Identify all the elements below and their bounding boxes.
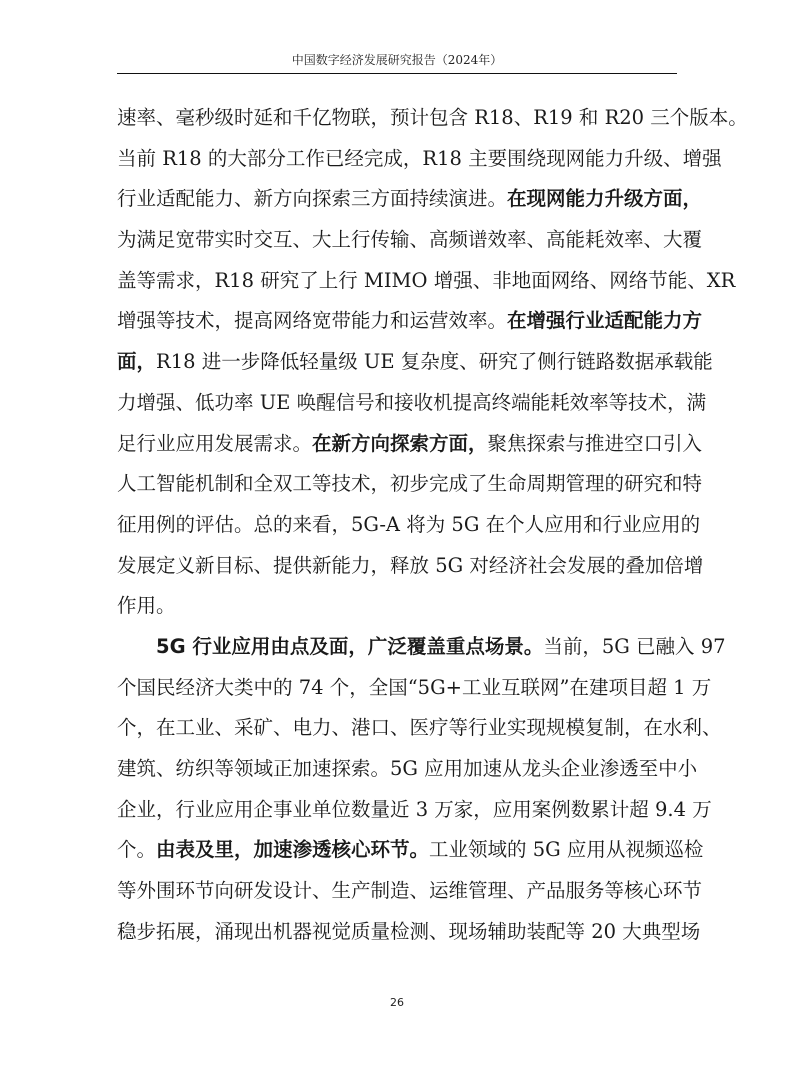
text-segment: 稳步拓展，涌现出机器视觉质量检测、现场辅助装配等 20 大典型场 bbox=[117, 920, 700, 943]
bold-text-segment: 面， bbox=[117, 350, 156, 373]
text-line: 等外围环节向研发设计、生产制造、运维管理、产品服务等核心环节 bbox=[117, 873, 677, 914]
text-segment: 工业领域的 5G 应用从视频巡检 bbox=[429, 838, 703, 861]
text-line: 征用例的评估。总的来看，5G-A 将为 5G 在个人应用和行业应用的 bbox=[117, 507, 677, 548]
text-segment: 力增强、低功率 UE 唤醒信号和接收机提高终端能耗效率等技术，满 bbox=[117, 391, 706, 414]
text-segment: 行业适配能力、新方向探索三方面持续演进。 bbox=[117, 187, 507, 210]
page-number: 26 bbox=[0, 996, 794, 1009]
text-segment: 个，在工业、采矿、电力、港口、医疗等行业实现规模复制，在水利、 bbox=[117, 716, 722, 739]
text-line: 足行业应用发展需求。在新方向探索方面，聚焦探索与推进空口引入 bbox=[117, 426, 677, 467]
text-segment: 征用例的评估。总的来看，5G-A 将为 5G 在个人应用和行业应用的 bbox=[117, 513, 700, 536]
text-line: 当前 R18 的大部分工作已经完成，R18 主要围绕现网能力升级、增强 bbox=[117, 141, 677, 182]
text-segment: 当前 R18 的大部分工作已经完成，R18 主要围绕现网能力升级、增强 bbox=[117, 147, 722, 170]
text-line: 企业，行业应用企事业单位数量近 3 万家，应用案例数累计超 9.4 万 bbox=[117, 792, 677, 833]
text-segment: 个国民经济大类中的 74 个，全国“5G+工业互联网”在建项目超 1 万 bbox=[117, 676, 711, 699]
text-segment: 建筑、纺织等领域正加速探索。5G 应用加速从龙头企业渗透至中小 bbox=[117, 757, 697, 780]
text-line: 力增强、低功率 UE 唤醒信号和接收机提高终端能耗效率等技术，满 bbox=[117, 385, 677, 426]
text-line: 行业适配能力、新方向探索三方面持续演进。在现网能力升级方面， bbox=[117, 181, 677, 222]
text-segment: 速率、毫秒级时延和千亿物联，预计包含 R18、R19 和 R20 三个版本。 bbox=[117, 106, 748, 129]
text-segment: R18 进一步降低轻量级 UE 复杂度、研究了侧行链路数据承载能 bbox=[156, 350, 713, 373]
text-segment: 增强等技术，提高网络宽带能力和运营效率。 bbox=[117, 309, 507, 332]
text-line: 为满足宽带实时交互、大上行传输、高频谱效率、高能耗效率、大覆 bbox=[117, 222, 677, 263]
bold-text-segment: 在新方向探索方面， bbox=[312, 432, 488, 455]
text-line: 增强等技术，提高网络宽带能力和运营效率。在增强行业适配能力方 bbox=[117, 303, 677, 344]
text-segment: 企业，行业应用企事业单位数量近 3 万家，应用案例数累计超 9.4 万 bbox=[117, 798, 712, 821]
text-line: 个，在工业、采矿、电力、港口、医疗等行业实现规模复制，在水利、 bbox=[117, 710, 677, 751]
text-segment: 个。 bbox=[117, 838, 156, 861]
bold-text-segment: 在现网能力升级方面， bbox=[507, 187, 702, 210]
text-segment: 当前，5G 已融入 97 bbox=[543, 635, 725, 658]
bold-text-segment: 在增强行业适配能力方 bbox=[507, 309, 702, 332]
text-line: 稳步拓展，涌现出机器视觉质量检测、现场辅助装配等 20 大典型场 bbox=[117, 914, 677, 955]
text-segment: 盖等需求，R18 研究了上行 MIMO 增强、非地面网络、网络节能、XR bbox=[117, 269, 735, 292]
text-segment: 作用。 bbox=[117, 594, 176, 617]
text-line: 面，R18 进一步降低轻量级 UE 复杂度、研究了侧行链路数据承载能 bbox=[117, 344, 677, 385]
text-line: 作用。 bbox=[117, 588, 677, 629]
text-segment: 等外围环节向研发设计、生产制造、运维管理、产品服务等核心环节 bbox=[117, 879, 702, 902]
bold-text-segment: 由表及里，加速渗透核心环节。 bbox=[156, 838, 429, 861]
text-line: 速率、毫秒级时延和千亿物联，预计包含 R18、R19 和 R20 三个版本。 bbox=[117, 100, 677, 141]
text-line: 5G 行业应用由点及面，广泛覆盖重点场景。当前，5G 已融入 97 bbox=[117, 629, 677, 670]
text-line: 发展定义新目标、提供新能力，释放 5G 对经济社会发展的叠加倍增 bbox=[117, 548, 677, 589]
text-line: 盖等需求，R18 研究了上行 MIMO 增强、非地面网络、网络节能、XR bbox=[117, 263, 677, 304]
body-text: 速率、毫秒级时延和千亿物联，预计包含 R18、R19 和 R20 三个版本。当前… bbox=[117, 100, 677, 954]
text-segment: 发展定义新目标、提供新能力，释放 5G 对经济社会发展的叠加倍增 bbox=[117, 554, 703, 577]
header-rule bbox=[117, 73, 677, 74]
text-line: 建筑、纺织等领域正加速探索。5G 应用加速从龙头企业渗透至中小 bbox=[117, 751, 677, 792]
text-segment: 足行业应用发展需求。 bbox=[117, 432, 312, 455]
text-line: 个。由表及里，加速渗透核心环节。工业领域的 5G 应用从视频巡检 bbox=[117, 832, 677, 873]
text-segment: 为满足宽带实时交互、大上行传输、高频谱效率、高能耗效率、大覆 bbox=[117, 228, 702, 251]
text-line: 个国民经济大类中的 74 个，全国“5G+工业互联网”在建项目超 1 万 bbox=[117, 670, 677, 711]
bold-text-segment: 5G 行业应用由点及面，广泛覆盖重点场景。 bbox=[156, 635, 543, 658]
text-line: 人工智能机制和全双工等技术，初步完成了生命周期管理的研究和特 bbox=[117, 466, 677, 507]
text-segment: 聚焦探索与推进空口引入 bbox=[488, 432, 703, 455]
text-segment: 人工智能机制和全双工等技术，初步完成了生命周期管理的研究和特 bbox=[117, 472, 702, 495]
running-header: 中国数字经济发展研究报告（2024年） bbox=[117, 52, 677, 68]
